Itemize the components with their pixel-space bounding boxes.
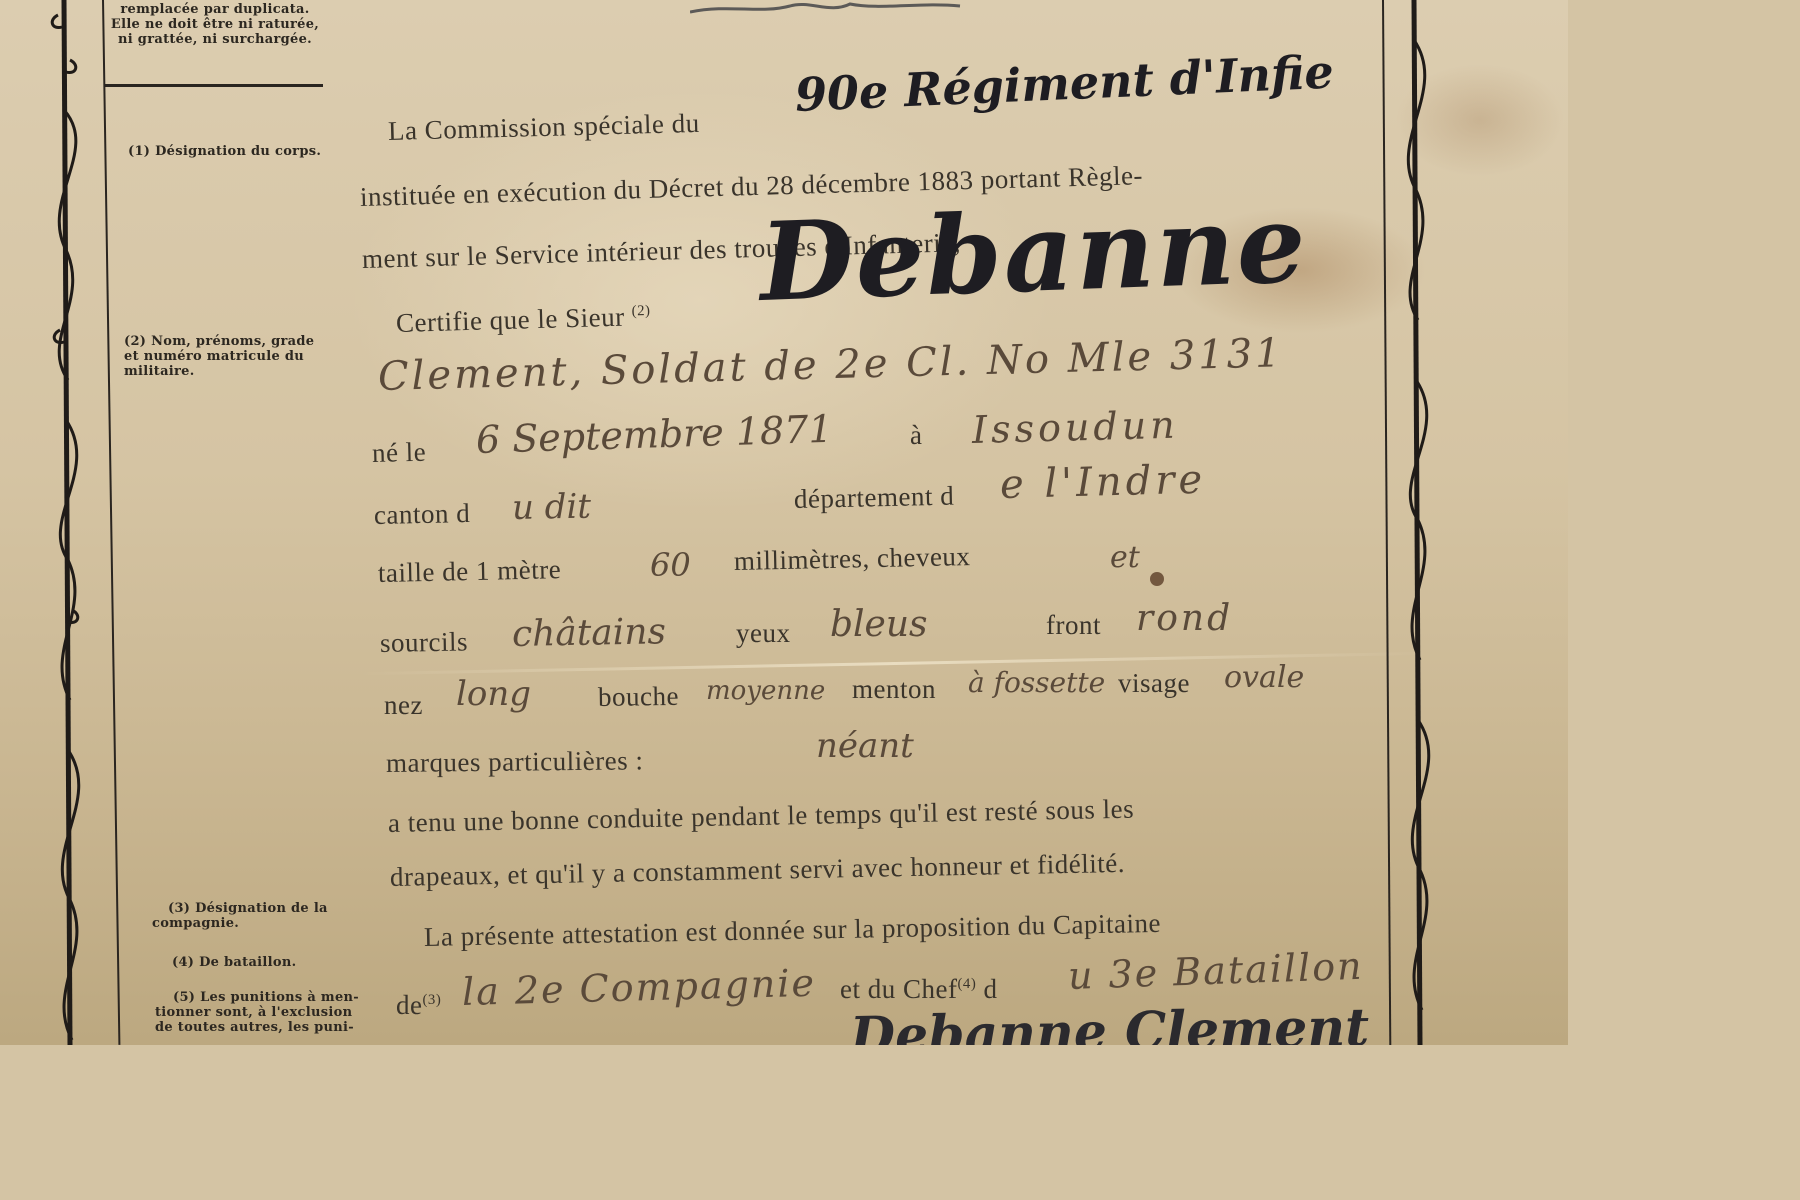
ink-spot bbox=[1150, 572, 1164, 586]
margin-note-4: (4) De bataillon. bbox=[172, 955, 296, 970]
eyes-value-handwritten: bleus bbox=[830, 604, 928, 645]
height-unit-hair-label: millimètres, cheveux bbox=[734, 541, 971, 577]
department-value-handwritten: e l'Indre bbox=[999, 457, 1206, 508]
top-flourish-icon bbox=[690, 0, 970, 16]
canton-label: canton d bbox=[374, 498, 471, 531]
margin-note-3: (3) Désignation de la compagnie. bbox=[152, 901, 364, 931]
margin-note-5: (5) Les punitions à men- tionner sont, à… bbox=[155, 990, 370, 1035]
margin-note-3-line: compagnie. bbox=[152, 916, 364, 931]
margin-note-5-line: de toutes autres, les puni- bbox=[155, 1020, 370, 1035]
margin-divider bbox=[105, 84, 323, 87]
footnote-ref-3: (3) bbox=[422, 992, 441, 1008]
margin-note-3-line: (3) Désignation de la bbox=[152, 901, 364, 916]
chief-label-text: et du Chef bbox=[840, 974, 957, 1004]
born-label: né le bbox=[372, 437, 427, 469]
face-label: visage bbox=[1118, 668, 1190, 699]
signature-partial-handwritten: Debanne Clement bbox=[849, 997, 1369, 1045]
forehead-value-handwritten: rond bbox=[1136, 598, 1233, 639]
marks-label: marques particulières : bbox=[386, 745, 644, 779]
canton-value-handwritten: u dit bbox=[512, 487, 592, 528]
birth-place-handwritten: Issoudun bbox=[971, 403, 1179, 452]
margin-top-note-line: Elle ne doit être ni raturée, bbox=[105, 17, 325, 32]
left-ornamental-border-icon bbox=[40, 0, 96, 1045]
height-label: taille de 1 mètre bbox=[378, 554, 562, 589]
department-label: département d bbox=[794, 481, 955, 515]
chief-d-text: d bbox=[984, 974, 998, 1004]
chin-label: menton bbox=[852, 674, 936, 705]
margin-note-2-line: militaire. bbox=[124, 364, 340, 379]
nose-label: nez bbox=[384, 690, 423, 721]
eyebrows-value-handwritten: châtains bbox=[512, 611, 667, 655]
certifie-label: Certifie que le Sieur bbox=[396, 302, 625, 338]
marks-value-handwritten: néant bbox=[816, 726, 914, 766]
footnote-ref-4: (4) bbox=[957, 976, 976, 992]
margin-note-2-line: (2) Nom, prénoms, grade bbox=[124, 334, 340, 349]
chin-value-handwritten: à fossette bbox=[968, 666, 1105, 699]
nose-value-handwritten: long bbox=[456, 674, 531, 714]
surname-handwritten: Debanne bbox=[758, 181, 1310, 326]
margin-top-note: remplacée par duplicata. Elle ne doit êt… bbox=[105, 2, 325, 47]
margin-note-2-line: et numéro matricule du bbox=[124, 349, 340, 364]
face-value-handwritten: ovale bbox=[1224, 660, 1304, 695]
mouth-label: bouche bbox=[598, 681, 679, 713]
company-prefix: de(3) bbox=[396, 990, 441, 1021]
margin-top-note-line: ni grattée, ni surchargée. bbox=[105, 32, 325, 47]
chief-label: et du Chef(4) d bbox=[840, 974, 998, 1005]
margin-note-1: (1) Désignation du corps. bbox=[128, 144, 321, 159]
height-value-handwritten: 60 bbox=[650, 546, 691, 584]
mouth-value-handwritten: moyenne bbox=[706, 676, 825, 706]
footnote-ref-2: (2) bbox=[631, 303, 650, 320]
eyes-label: yeux bbox=[736, 618, 790, 649]
born-at-label: à bbox=[910, 420, 922, 451]
eyebrows-label: sourcils bbox=[380, 626, 469, 659]
hair-value-handwritten: et bbox=[1110, 540, 1140, 575]
company-value-handwritten: la 2e Compagnie bbox=[461, 961, 816, 1014]
margin-top-note-line: remplacée par duplicata. bbox=[105, 2, 325, 17]
margin-note-2: (2) Nom, prénoms, grade et numéro matric… bbox=[124, 334, 340, 379]
margin-note-5-line: tionner sont, à l'exclusion bbox=[155, 1005, 370, 1020]
margin-note-5-line: (5) Les punitions à men- bbox=[155, 990, 370, 1005]
company-prefix-label: de bbox=[396, 990, 422, 1020]
right-ornamental-border-icon bbox=[1390, 0, 1446, 1045]
forehead-label: front bbox=[1046, 610, 1101, 641]
